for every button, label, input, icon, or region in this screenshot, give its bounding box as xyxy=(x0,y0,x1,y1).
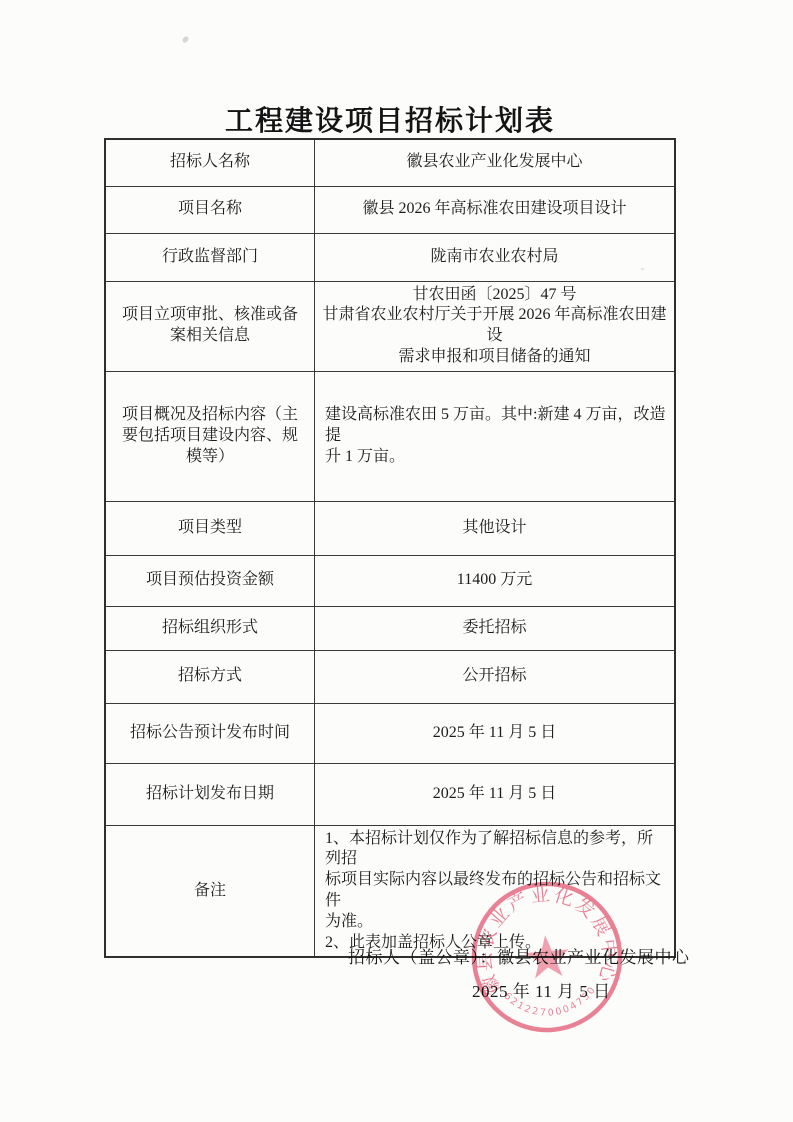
table-row: 项目名称徽县 2026 年高标准农田建设项目设计 xyxy=(105,186,675,233)
row-value: 甘农田函〔2025〕47 号 甘肃省农业农村厅关于开展 2026 年高标准农田建… xyxy=(315,281,676,371)
row-value: 2025 年 11 月 5 日 xyxy=(315,763,676,825)
table-row: 招标人名称徽县农业产业化发展中心 xyxy=(105,139,675,186)
table-row: 项目概况及招标内容（主 要包括项目建设内容、规 模等）建设高标准农田 5 万亩。… xyxy=(105,371,675,501)
row-label: 备注 xyxy=(105,825,315,957)
row-label: 招标公告预计发布时间 xyxy=(105,703,315,763)
row-label: 项目预估投资金额 xyxy=(105,555,315,606)
row-value: 11400 万元 xyxy=(315,555,676,606)
row-label: 招标方式 xyxy=(105,650,315,703)
row-label: 项目立项审批、核准或备 案相关信息 xyxy=(105,281,315,371)
table-row: 招标组织形式委托招标 xyxy=(105,606,675,650)
row-label: 招标组织形式 xyxy=(105,606,315,650)
table-row: 项目立项审批、核准或备 案相关信息甘农田函〔2025〕47 号 甘肃省农业农村厅… xyxy=(105,281,675,371)
official-seal: ★ 徽县农业产业化发展中心 6212270004750 xyxy=(459,869,635,1045)
row-label: 项目类型 xyxy=(105,501,315,555)
table-row: 项目类型其他设计 xyxy=(105,501,675,555)
row-label: 项目概况及招标内容（主 要包括项目建设内容、规 模等） xyxy=(105,371,315,501)
table-row: 行政监督部门陇南市农业农村局 xyxy=(105,233,675,281)
table-row: 招标方式公开招标 xyxy=(105,650,675,703)
row-value: 陇南市农业农村局 xyxy=(315,233,676,281)
scan-artifact xyxy=(641,268,644,270)
scan-artifact xyxy=(181,35,189,44)
table-row: 项目预估投资金额11400 万元 xyxy=(105,555,675,606)
row-value: 委托招标 xyxy=(315,606,676,650)
seal-star-icon: ★ xyxy=(518,921,576,993)
table-row: 招标计划发布日期2025 年 11 月 5 日 xyxy=(105,763,675,825)
bidding-plan-table: 招标人名称徽县农业产业化发展中心项目名称徽县 2026 年高标准农田建设项目设计… xyxy=(104,138,676,958)
row-value: 徽县农业产业化发展中心 xyxy=(315,139,676,186)
row-value: 建设高标准农田 5 万亩。其中:新建 4 万亩，改造提 升 1 万亩。 xyxy=(315,371,676,501)
page-title: 工程建设项目招标计划表 xyxy=(104,99,676,139)
row-value: 公开招标 xyxy=(315,650,676,703)
row-value: 其他设计 xyxy=(315,501,676,555)
scanned-document-page: 工程建设项目招标计划表 招标人名称徽县农业产业化发展中心项目名称徽县 2026 … xyxy=(0,0,793,1122)
row-value: 徽县 2026 年高标准农田建设项目设计 xyxy=(315,186,676,233)
row-label: 行政监督部门 xyxy=(105,233,315,281)
row-label: 项目名称 xyxy=(105,186,315,233)
row-label: 招标人名称 xyxy=(105,139,315,186)
table-row: 招标公告预计发布时间2025 年 11 月 5 日 xyxy=(105,703,675,763)
row-value: 2025 年 11 月 5 日 xyxy=(315,703,676,763)
row-label: 招标计划发布日期 xyxy=(105,763,315,825)
